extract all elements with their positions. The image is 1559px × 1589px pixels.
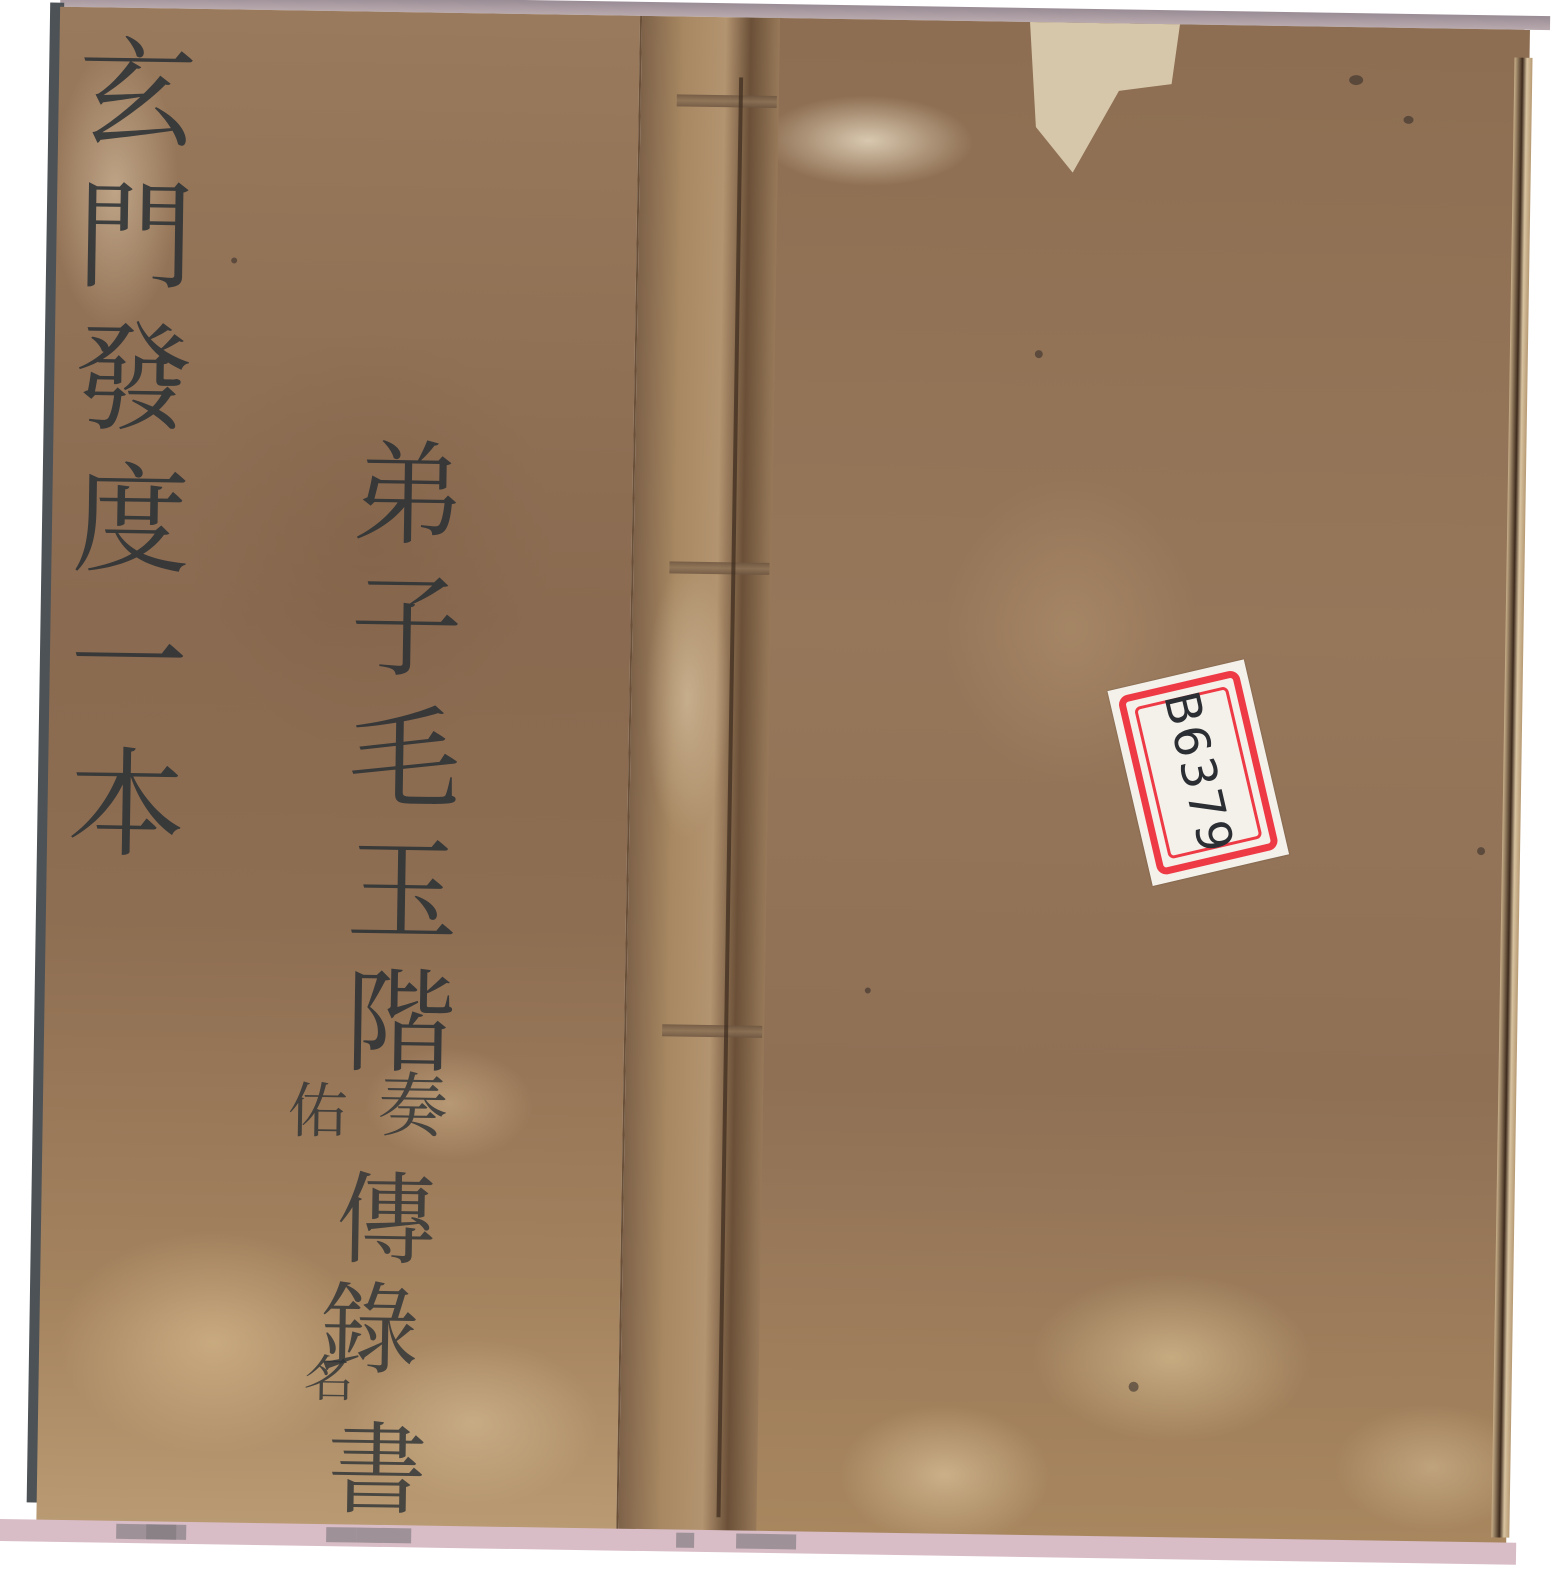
name-char: 子 — [350, 571, 464, 685]
manuscript-scan: 玄 門 發 度 一 本 弟 子 毛 玉 階 奏 傳 錄 書 佑 名 B6379 — [0, 0, 1550, 1578]
annotation-char: 佑 — [287, 1063, 348, 1150]
name-char: 毛 — [347, 703, 461, 817]
title-char: 一 — [69, 603, 189, 723]
binding-thread — [662, 1024, 762, 1038]
stain-speck — [231, 257, 237, 263]
stain-speck — [1349, 75, 1363, 85]
title-char: 本 — [67, 745, 187, 865]
cover-name-column: 弟 子 毛 玉 階 — [343, 439, 465, 1101]
title-char: 度 — [71, 461, 191, 581]
stain-speck — [1035, 350, 1043, 358]
name-char: 玉 — [345, 835, 459, 949]
stain-speck — [865, 987, 871, 993]
stain-speck — [1129, 1382, 1139, 1392]
spine-fold — [717, 77, 744, 1517]
title-char: 門 — [76, 177, 196, 297]
annotation-char: 奏 — [377, 1050, 449, 1152]
torn-corner — [1028, 22, 1180, 174]
name-char: 弟 — [352, 439, 466, 553]
binding-thread — [669, 561, 769, 575]
title-char: 發 — [73, 319, 193, 439]
binding-thread — [677, 94, 777, 108]
title-char: 玄 — [78, 35, 198, 155]
annotation-char: 名 — [303, 1339, 354, 1412]
stain-speck — [1477, 847, 1485, 855]
book-spine — [616, 16, 782, 1533]
cover-title-column: 玄 門 發 度 一 本 — [66, 35, 197, 889]
stain-speck — [1403, 116, 1413, 124]
